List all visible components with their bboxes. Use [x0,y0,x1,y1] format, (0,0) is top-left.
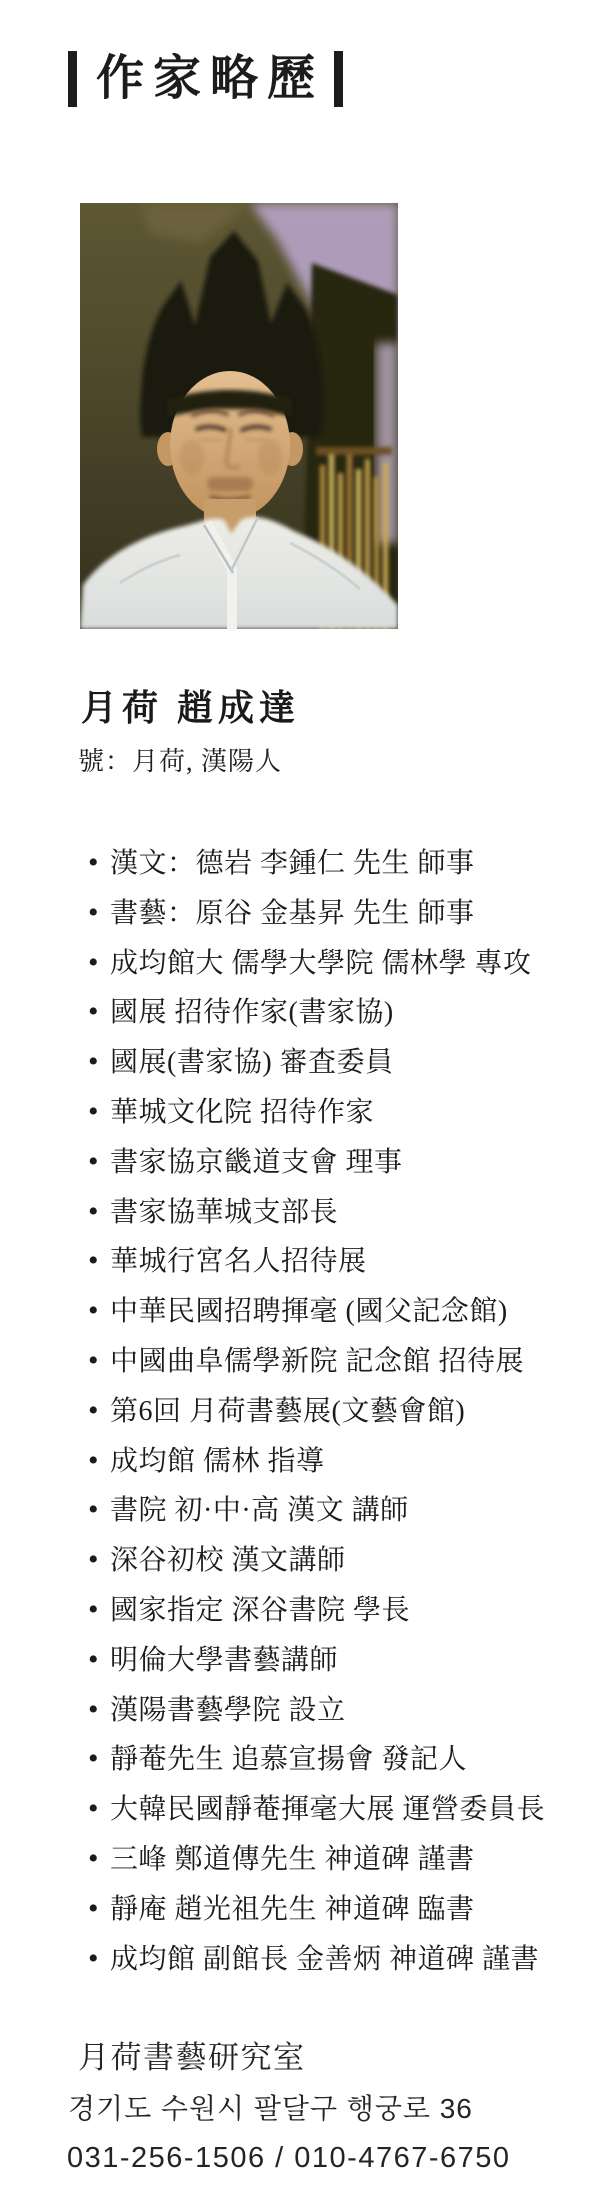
studio-phone: 031-256-1506 / 010-4767-6750 [67,2140,511,2176]
career-item: • 三峰 鄭道傳先生 神道碑 謹書 [88,1834,545,1884]
studio-address: 경기도 수원시 팔달구 행궁로 36 [68,2092,473,2126]
bullet-icon: • [88,1585,110,1635]
career-item: • 書家協華城支部長 [88,1187,545,1237]
career-item: • 國家指定 深谷書院 學長 [88,1585,545,1635]
career-list: • 漢文：德岩 李鍾仁 先生 師事 • 書藝：原谷 金基昇 先生 師事 • 成均… [88,838,545,1983]
portrait-photo [80,203,398,629]
career-item: • 中華民國招聘揮毫 (國父記念館) [88,1286,545,1336]
career-item-text: 國家指定 深谷書院 學長 [110,1586,410,1636]
career-item-text: 明倫大學書藝講師 [110,1636,338,1686]
career-item: • 靜庵 趙光祖先生 神道碑 臨書 [88,1884,545,1934]
bullet-icon: • [88,938,110,988]
career-item-text: 成均館大 儒學大學院 儒林學 專攻 [110,939,532,989]
bullet-icon: • [88,1386,110,1436]
bullet-icon: • [88,1286,110,1336]
bullet-icon: • [88,838,110,888]
bullet-icon: • [88,1535,110,1585]
career-item: • 國展 招待作家(書家協) [88,987,545,1037]
bullet-icon: • [88,1635,110,1685]
bullet-icon: • [88,1685,110,1735]
bullet-icon: • [88,1934,110,1984]
bullet-icon: • [88,1187,110,1237]
career-item: • 漢陽書藝學院 設立 [88,1685,545,1735]
studio-name: 月荷書藝研究室 [78,2041,306,2075]
career-item: • 書院 初·中·高 漢文 講師 [88,1485,545,1535]
career-item-text: 靜菴先生 追慕宣揚會 發記人 [110,1735,467,1785]
career-item: • 明倫大學書藝講師 [88,1635,545,1685]
career-item-text: 三峰 鄭道傳先生 神道碑 謹書 [110,1835,475,1885]
career-item-text: 成均館 儒林 指導 [110,1437,325,1487]
career-item-text: 國展 招待作家(書家協) [110,988,394,1038]
career-item-text: 華城文化院 招待作家 [110,1088,374,1138]
title-right-bar-icon [334,51,343,107]
career-item: • 國展(書家協) 審査委員 [88,1037,545,1087]
career-item-text: 中國曲阜儒學新院 記念館 招待展 [110,1337,524,1387]
bullet-icon: • [88,1884,110,1934]
career-item-text: 成均館 副館長 金善炳 神道碑 謹書 [110,1935,539,1985]
career-item-text: 靜庵 趙光祖先生 神道碑 臨書 [110,1885,475,1935]
career-item: • 華城行宮名人招待展 [88,1236,545,1286]
bullet-icon: • [88,1436,110,1486]
career-item-text: 華城行宮名人招待展 [110,1237,367,1287]
career-item: • 深谷初校 漢文講師 [88,1535,545,1585]
bullet-icon: • [88,888,110,938]
page-title: 作家略歷 [96,48,324,110]
bullet-icon: • [88,1834,110,1884]
career-item: • 書家協京畿道支會 理事 [88,1137,545,1187]
career-item-text: 大韓民國靜菴揮毫大展 運營委員長 [110,1785,545,1835]
artist-name: 月荷 趙成達 [81,688,300,728]
career-item: • 華城文化院 招待作家 [88,1087,545,1137]
bullet-icon: • [88,1734,110,1784]
bullet-icon: • [88,1037,110,1087]
career-item: • 成均館大 儒學大學院 儒林學 專攻 [88,938,545,988]
profile-page: 作家略歷 [0,0,600,2211]
career-item: • 成均館 副館長 金善炳 神道碑 謹書 [88,1934,545,1984]
page-title-row: 作家略歷 [68,48,343,110]
bullet-icon: • [88,1236,110,1286]
career-item-text: 中華民國招聘揮毫 (國父記念館) [110,1287,508,1337]
career-item-text: 漢陽書藝學院 設立 [110,1686,346,1736]
career-item: • 漢文：德岩 李鍾仁 先生 師事 [88,838,545,888]
career-item-text: 漢文：德岩 李鍾仁 先生 師事 [110,839,475,889]
bullet-icon: • [88,1087,110,1137]
bullet-icon: • [88,1137,110,1187]
career-item-text: 書院 初·中·高 漢文 講師 [110,1486,409,1536]
career-item: • 大韓民國靜菴揮毫大展 運營委員長 [88,1784,545,1834]
title-left-bar-icon [68,51,77,107]
artist-byline: 號：月荷, 漢陽人 [78,746,282,778]
bullet-icon: • [88,1336,110,1386]
bullet-icon: • [88,1784,110,1834]
career-item-text: 書家協華城支部長 [110,1188,338,1238]
career-item-text: 第6回 月荷書藝展(文藝會館) [110,1387,465,1437]
career-item-text: 書藝：原谷 金基昇 先生 師事 [110,889,475,939]
career-item: • 靜菴先生 追慕宣揚會 發記人 [88,1734,545,1784]
bullet-icon: • [88,1485,110,1535]
career-item: • 中國曲阜儒學新院 記念館 招待展 [88,1336,545,1386]
career-item: • 成均館 儒林 指導 [88,1436,545,1486]
career-item-text: 國展(書家協) 審査委員 [110,1038,394,1088]
career-item: • 第6回 月荷書藝展(文藝會館) [88,1386,545,1436]
career-item: • 書藝：原谷 金基昇 先生 師事 [88,888,545,938]
career-item-text: 書家協京畿道支會 理事 [110,1138,403,1188]
career-item-text: 深谷初校 漢文講師 [110,1536,346,1586]
bullet-icon: • [88,987,110,1037]
